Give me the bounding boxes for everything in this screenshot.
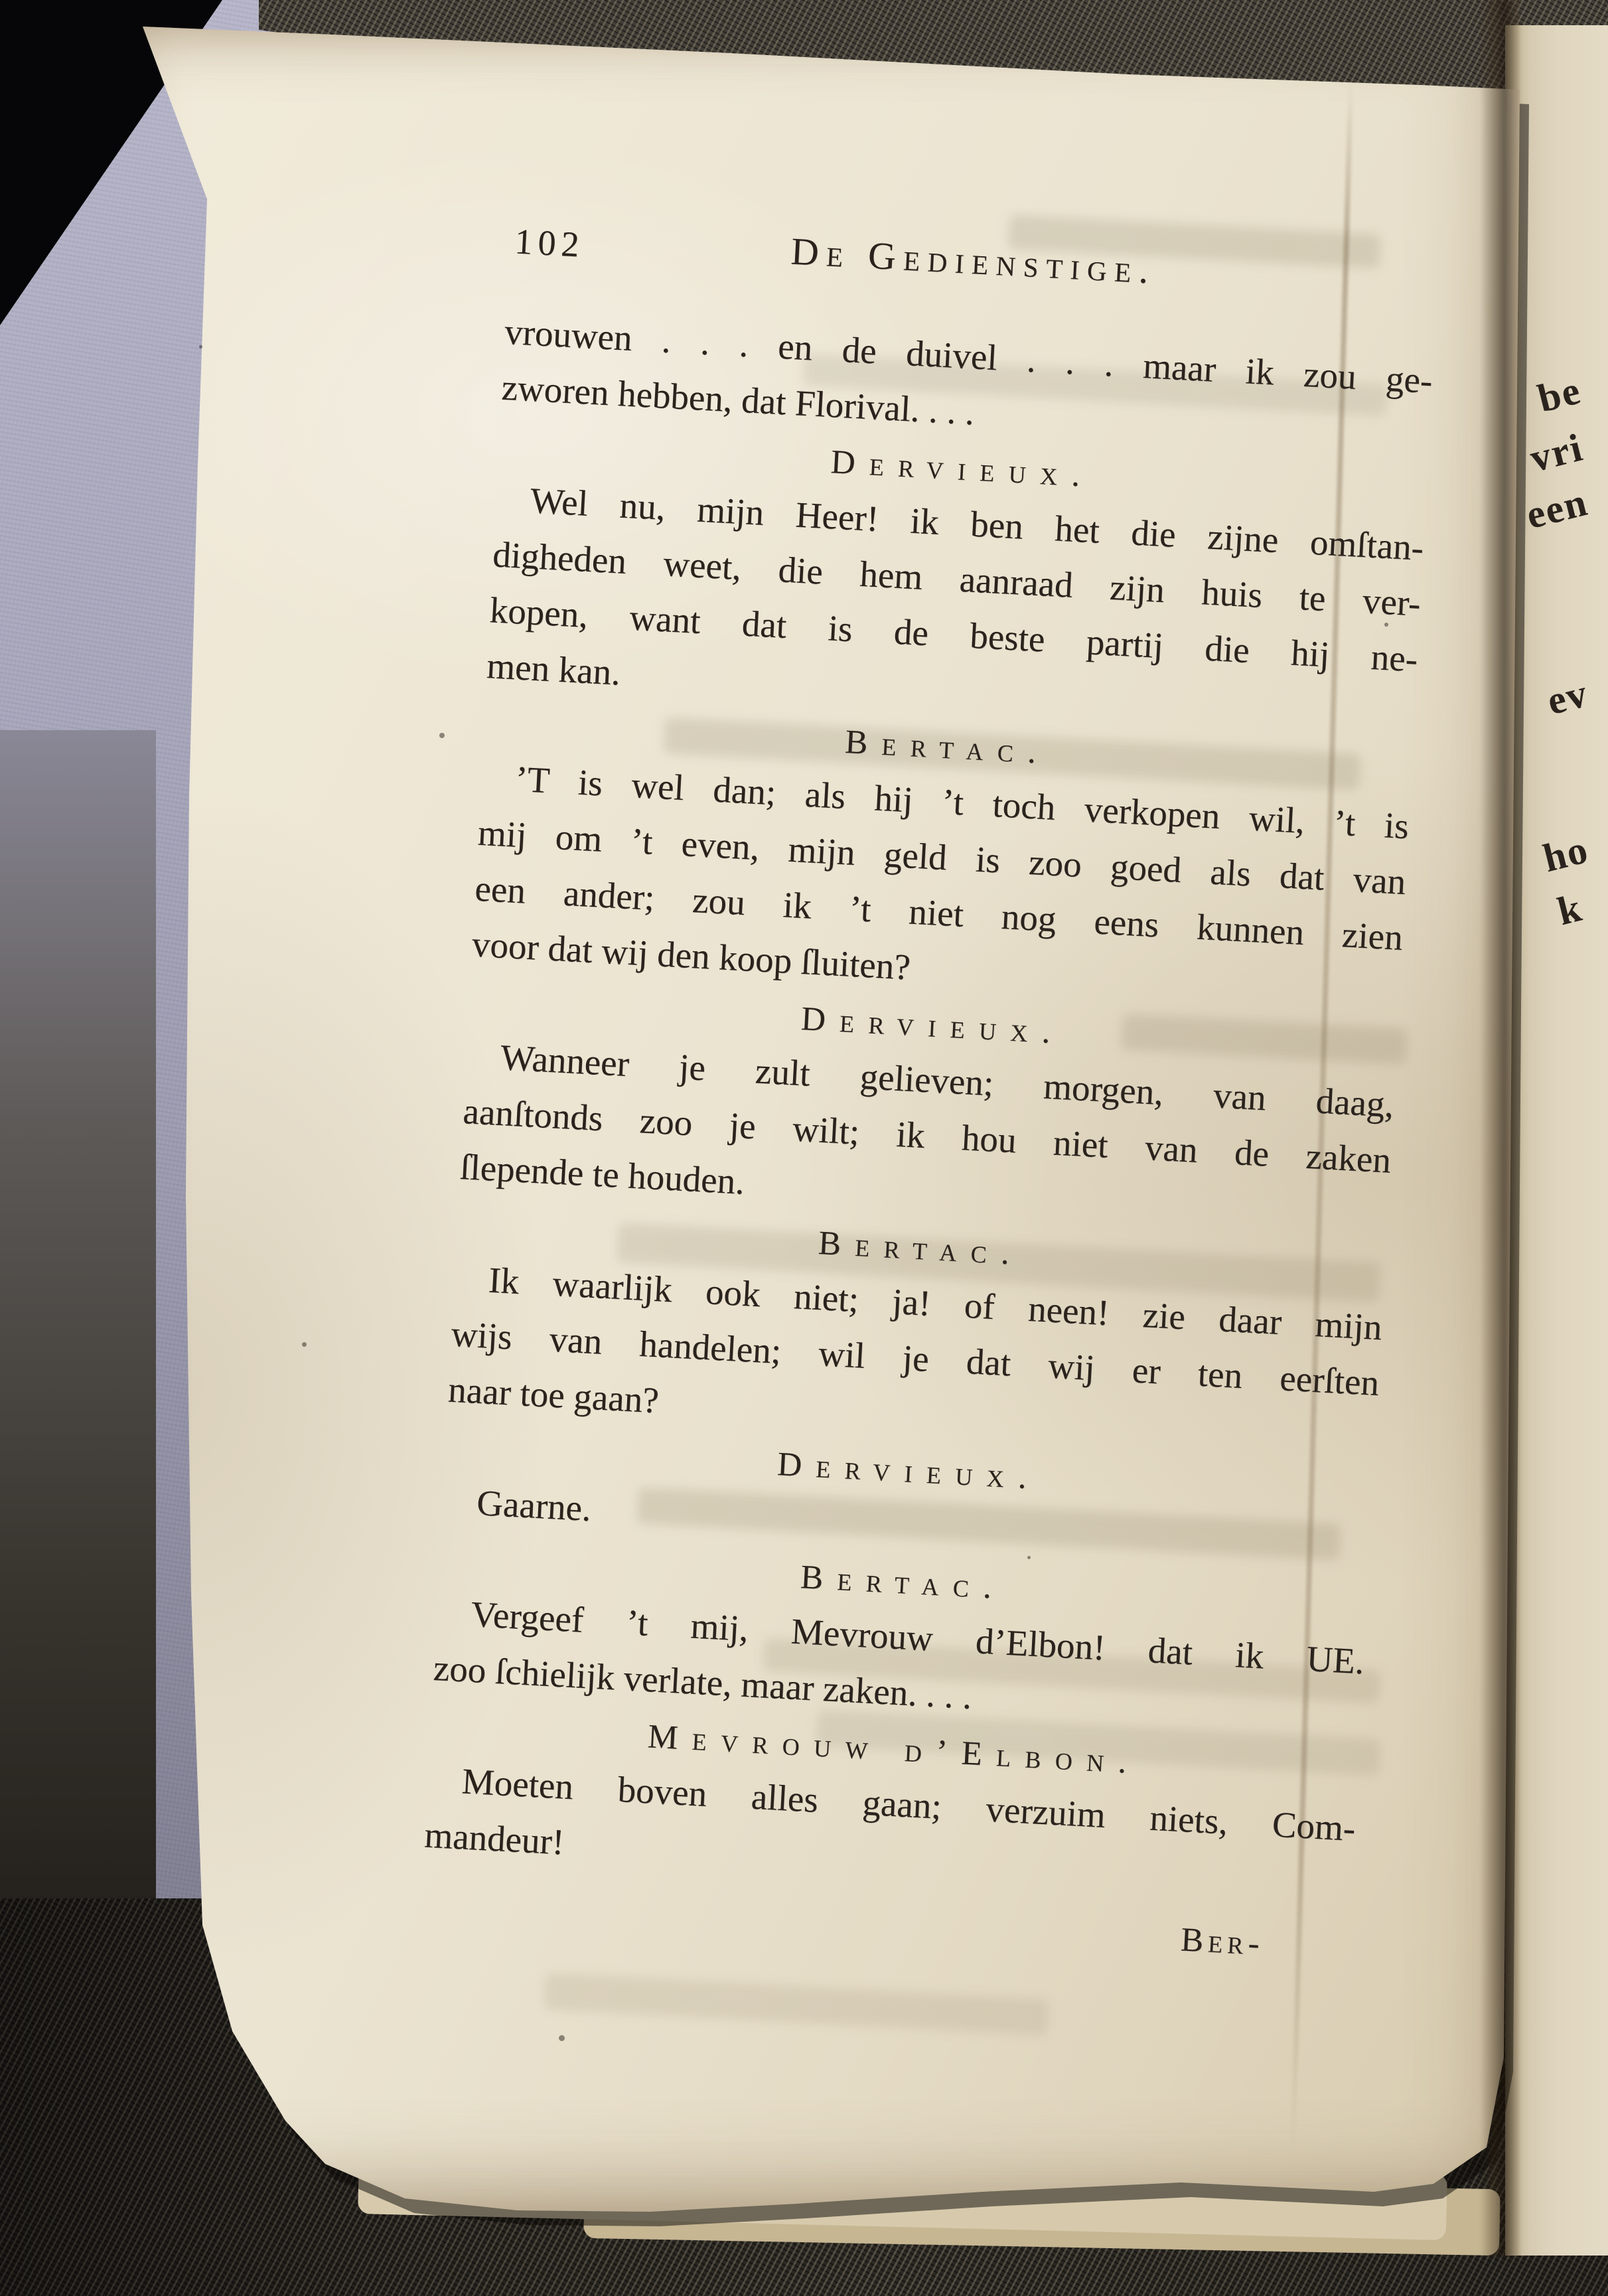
gutter-shadow xyxy=(1480,0,1520,2257)
dust-speck xyxy=(302,1342,307,1347)
page-text: 102 De Gedienstige. vrouwen . . . en de … xyxy=(420,212,1439,1968)
facing-page-text-fragment: vri xyxy=(1526,424,1588,481)
dialogue-block: Dervieux. Wanneer je zult gelieven; morg… xyxy=(459,980,1398,1244)
dust-speck xyxy=(1384,623,1388,627)
dialogue-block: Bertac. ’T is wel dan; als hij ’t toch v… xyxy=(471,702,1413,1022)
facing-page-text-fragment: ho xyxy=(1539,826,1593,881)
dust-speck xyxy=(199,345,202,348)
dialogue-paragraph: ’T is wel dan; als hij ’t toch verkopen … xyxy=(471,749,1410,1022)
facing-page-text-fragment: k xyxy=(1553,885,1587,935)
facing-page-text-fragment: een xyxy=(1522,479,1593,538)
dialogue-paragraph: Wel nu, mijn Heer! ik ben het die zijne … xyxy=(485,471,1425,743)
dust-speck xyxy=(439,733,445,738)
dust-speck xyxy=(559,2035,565,2041)
dust-speck xyxy=(1027,1556,1031,1559)
book-photo: be vri een ev ho k 102 De Gedienstige. v… xyxy=(0,0,1608,2296)
facing-page-text-fragment: be xyxy=(1534,367,1586,421)
dialogue-block: Dervieux. Wel nu, mijn Heer! ik ben het … xyxy=(485,423,1427,743)
dialogue-block: Bertac. Ik waarlijk ook niet; ja! of nee… xyxy=(447,1203,1386,1467)
page-number: 102 xyxy=(514,220,585,265)
facing-page-text-fragment: ev xyxy=(1543,670,1593,725)
